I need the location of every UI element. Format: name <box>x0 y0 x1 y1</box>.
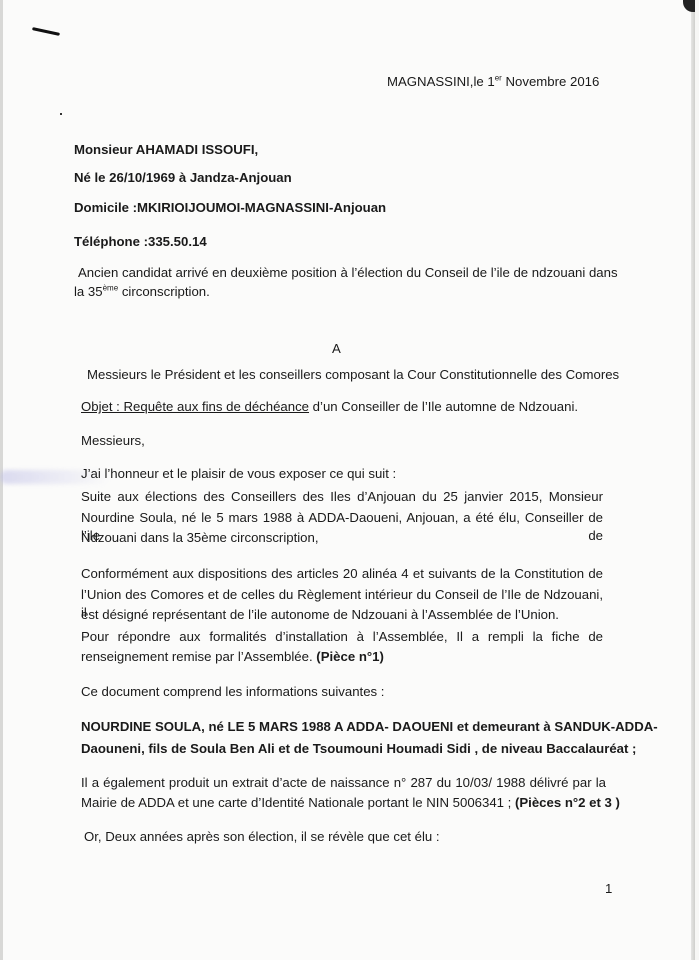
sender-description-cont: la 35ème circonscription. <box>74 283 210 301</box>
document-page: MAGNASSINI,le 1er Novembre 2016 Monsieur… <box>0 0 695 960</box>
paragraph-3-line: renseignement remise par l’Assemblée. (P… <box>81 648 384 666</box>
place-date: MAGNASSINI,le 1er Novembre 2016 <box>387 73 599 91</box>
paragraph-1-line: Ndzouani dans la 35ème circonscription, <box>81 529 319 547</box>
page-number: 1 <box>605 880 612 898</box>
paragraph-5-line: Daouneni, fils de Soula Ben Ali et de Ts… <box>81 740 636 758</box>
paragraph-4: Ce document comprend les informations su… <box>81 683 384 701</box>
paragraph-5-line: NOURDINE SOULA, né LE 5 MARS 1988 A ADDA… <box>81 718 658 736</box>
paragraph-7: Or, Deux années après son élection, il s… <box>84 828 440 846</box>
paragraph-2-line: Conformément aux dispositions des articl… <box>81 565 603 583</box>
subject-line: Objet : Requête aux fins de déchéance d’… <box>81 398 578 416</box>
sender-birth: Né le 26/10/1969 à Jandza-Anjouan <box>74 169 292 187</box>
paragraph-2-line: est désigné représentant de l’ile autono… <box>81 606 559 624</box>
recipient-to: A <box>332 340 341 358</box>
pen-mark <box>32 27 60 36</box>
page-corner <box>683 0 695 12</box>
paragraph-3-line: Pour répondre aux formalités d’installat… <box>81 628 603 646</box>
paragraph-1-line: Suite aux élections des Conseillers des … <box>81 488 603 506</box>
page-edge <box>691 0 695 960</box>
sender-name: Monsieur AHAMADI ISSOUFI, <box>74 141 258 159</box>
paragraph-6-line: Il a également produit un extrait d’acte… <box>81 774 606 792</box>
sender-description: Ancien candidat arrivé en deuxième posit… <box>78 264 618 282</box>
ink-dot <box>60 113 62 115</box>
intro-paragraph: J’ai l’honneur et le plaisir de vous exp… <box>81 465 396 483</box>
paragraph-6-line: Mairie de ADDA et une carte d’Identité N… <box>81 794 620 812</box>
salutation: Messieurs, <box>81 432 145 450</box>
sender-phone: Téléphone :335.50.14 <box>74 233 207 251</box>
recipient-addressee: Messieurs le Président et les conseiller… <box>87 366 619 384</box>
sender-domicile: Domicile :MKIRIOIJOUMOI-MAGNASSINI-Anjou… <box>74 199 386 217</box>
